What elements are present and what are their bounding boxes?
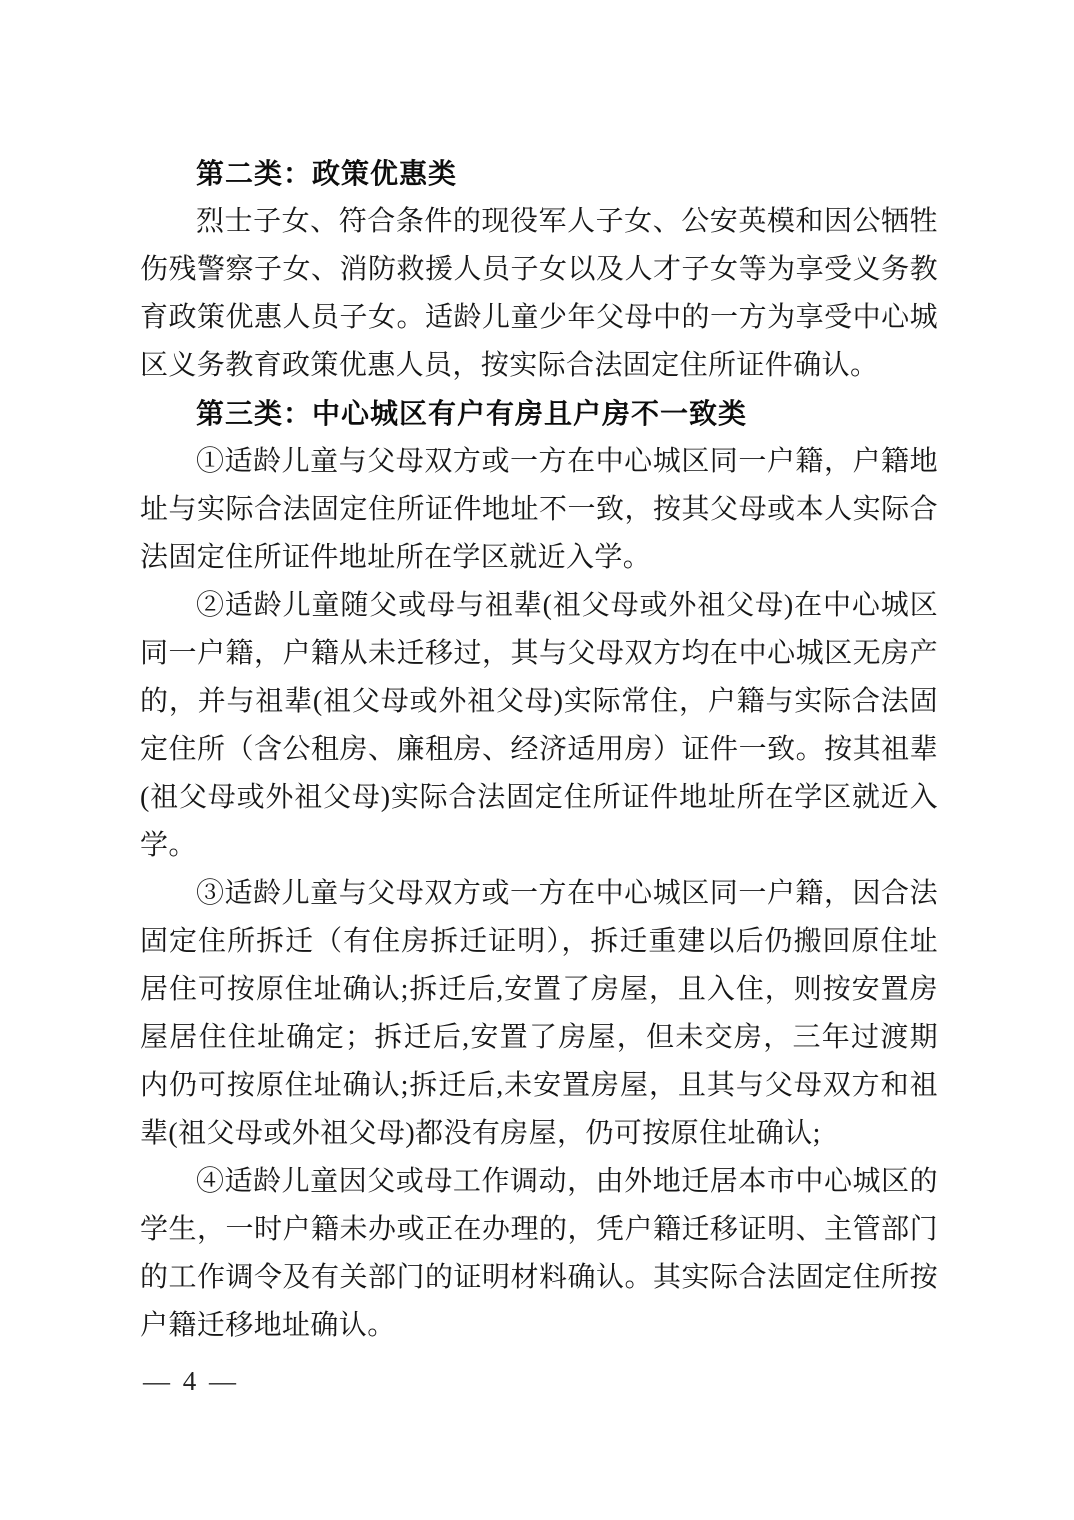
paragraph-item-2: ②适龄儿童随父或母与祖辈(祖父母或外祖父母)在中心城区同一户籍，户籍从未迁移过，… bbox=[140, 582, 938, 870]
page-number: — 4 — bbox=[143, 1366, 239, 1397]
paragraph-category-2-description: 烈士子女、符合条件的现役军人子女、公安英模和因公牺牲伤残警察子女、消防救援人员子… bbox=[140, 198, 938, 390]
paragraph-item-1: ①适龄儿童与父母双方或一方在中心城区同一户籍，户籍地址与实际合法固定住所证件地址… bbox=[140, 438, 938, 582]
paragraph-item-3: ③适龄儿童与父母双方或一方在中心城区同一户籍，因合法固定住所拆迁（有住房拆迁证明… bbox=[140, 870, 938, 1158]
section-heading-category-2: 第二类：政策优惠类 bbox=[140, 150, 938, 198]
document-text-block: 第二类：政策优惠类 烈士子女、符合条件的现役军人子女、公安英模和因公牺牲伤残警察… bbox=[140, 150, 938, 1350]
paragraph-item-4: ④适龄儿童因父或母工作调动，由外地迁居本市中心城区的学生，一时户籍未办或正在办理… bbox=[140, 1158, 938, 1350]
document-page: 第二类：政策优惠类 烈士子女、符合条件的现役军人子女、公安英模和因公牺牲伤残警察… bbox=[0, 0, 1074, 1520]
section-heading-category-3: 第三类：中心城区有户有房且户房不一致类 bbox=[140, 390, 938, 438]
